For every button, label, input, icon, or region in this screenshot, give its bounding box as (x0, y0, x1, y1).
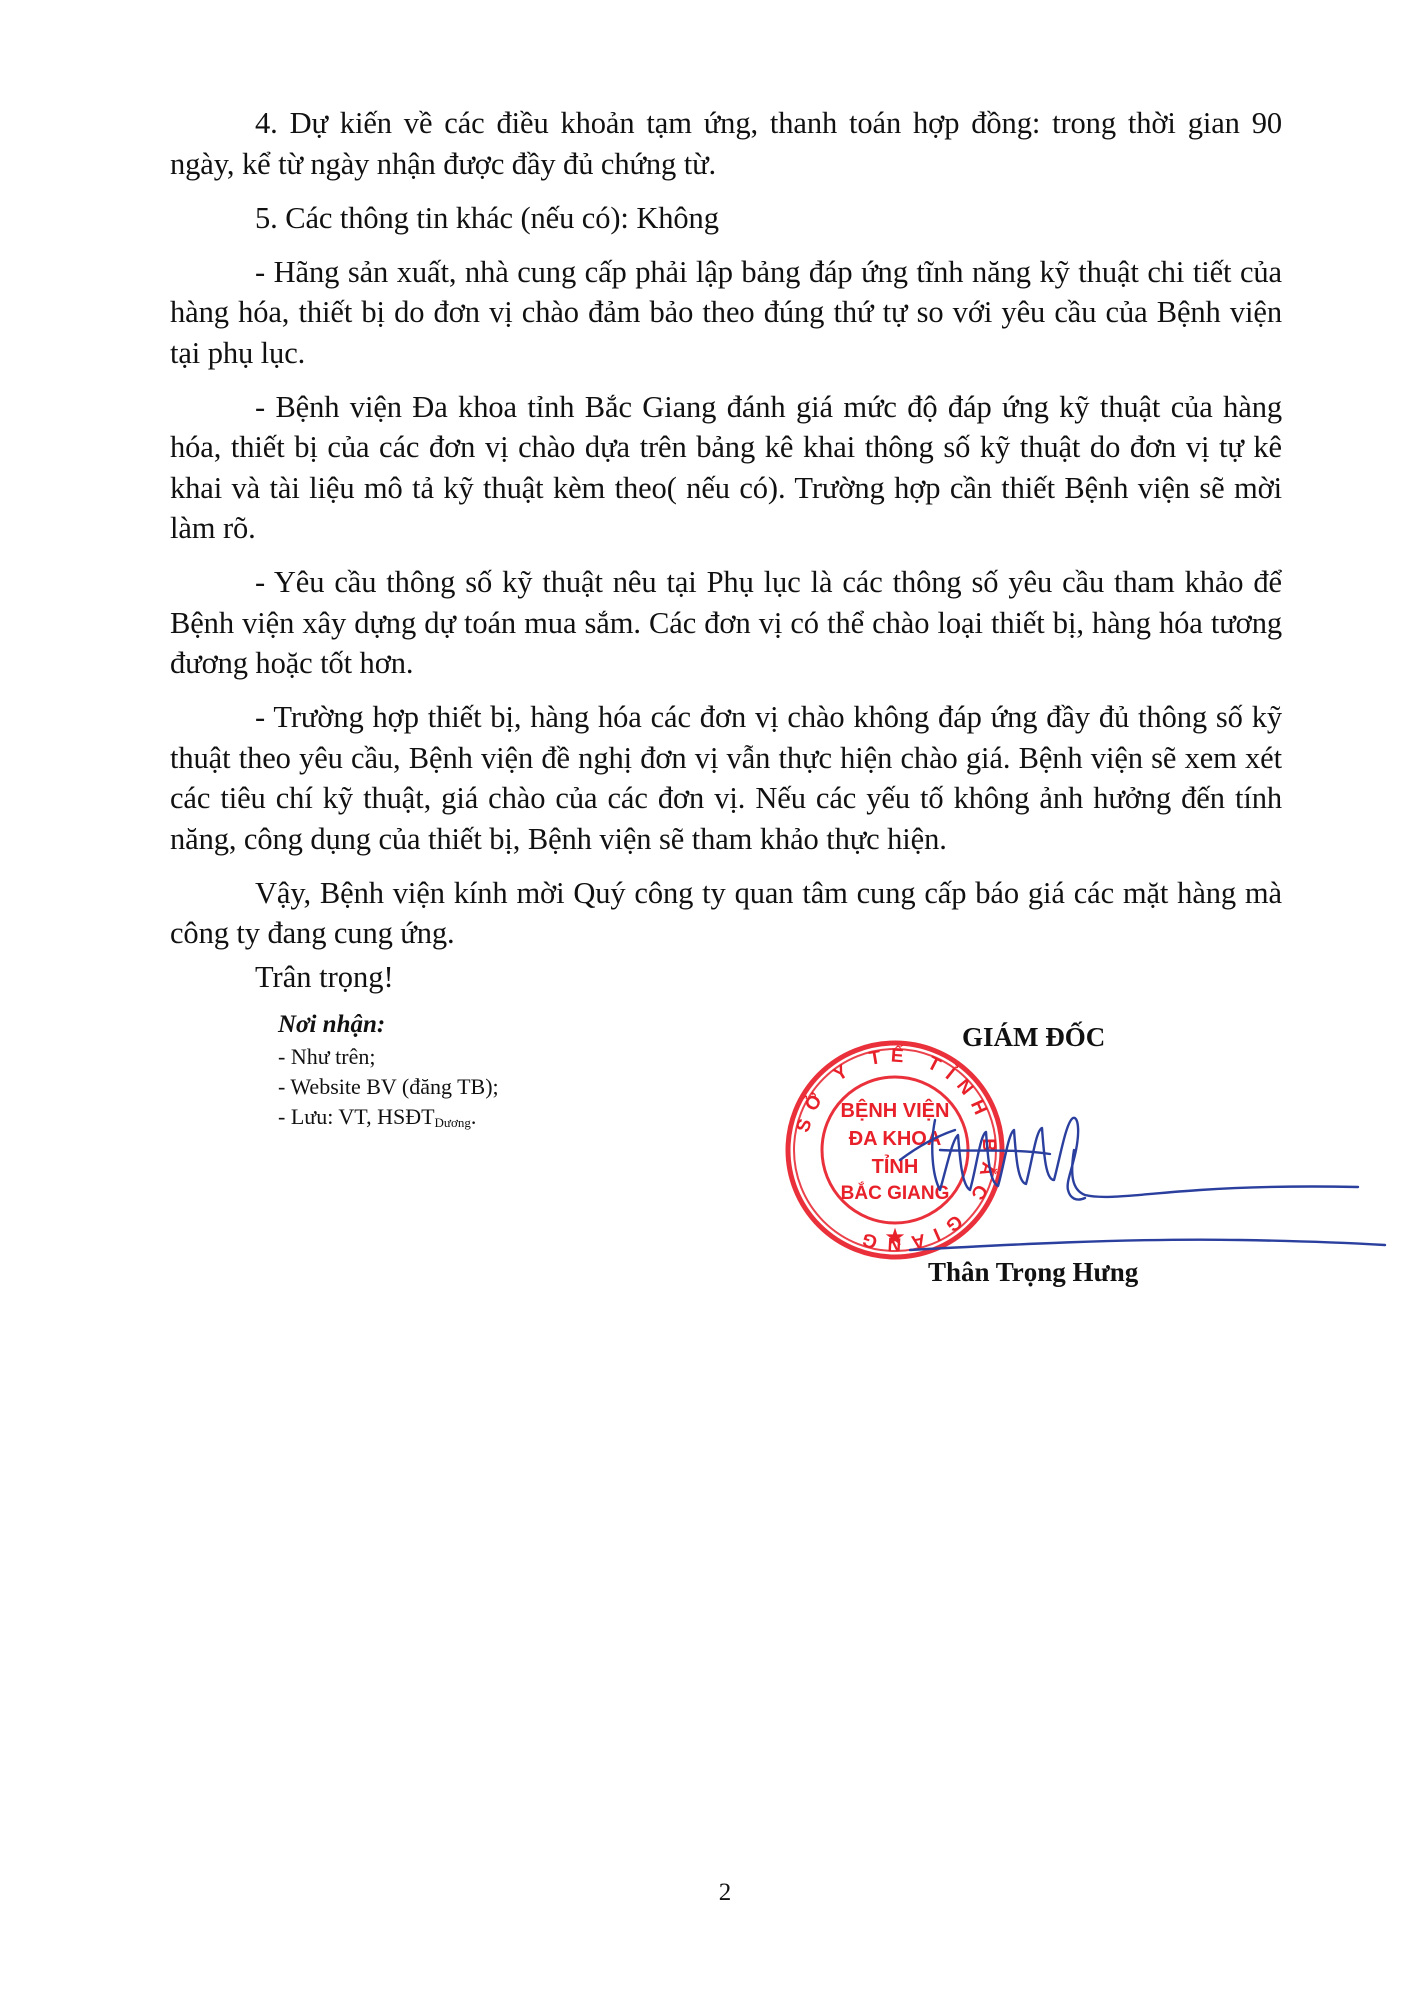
storage-subscript: Dương (435, 1115, 471, 1130)
paragraph-compliance-table: - Hãng sản xuất, nhà cung cấp phải lập b… (170, 252, 1282, 374)
page-number: 2 (700, 1878, 750, 1908)
recipient-item: - Website BV (đăng TB); (278, 1072, 499, 1102)
storage-prefix: - Lưu: VT, HSĐT (278, 1104, 435, 1129)
recipients-title: Nơi nhận: (278, 1008, 499, 1042)
paragraph-reference-specs: - Yêu cầu thông số kỹ thuật nêu tại Phụ … (170, 562, 1282, 684)
recipient-item-storage: - Lưu: VT, HSĐTDương. (278, 1102, 499, 1138)
storage-suffix: . (471, 1104, 477, 1129)
letter-body: 4. Dự kiến về các điều khoản tạm ứng, th… (170, 103, 1282, 967)
handwritten-signature (880, 1090, 1400, 1270)
paragraph-evaluation: - Bệnh viện Đa khoa tỉnh Bắc Giang đánh … (170, 387, 1282, 549)
document-page: 4. Dự kiến về các điều khoản tạm ứng, th… (0, 0, 1414, 2000)
signer-name: Thân Trọng Hưng (928, 1255, 1138, 1289)
paragraph-other-info: 5. Các thông tin khác (nếu có): Không (170, 198, 1282, 239)
closing-greeting: Trân trọng! (255, 957, 394, 997)
paragraph-invitation: Vậy, Bệnh viện kính mời Quý công ty quan… (170, 873, 1282, 954)
paragraph-non-compliance: - Trường hợp thiết bị, hàng hóa các đơn … (170, 697, 1282, 859)
recipient-item: - Như trên; (278, 1042, 499, 1072)
recipients-block: Nơi nhận: - Như trên; - Website BV (đăng… (278, 1008, 499, 1138)
paragraph-payment-terms: 4. Dự kiến về các điều khoản tạm ứng, th… (170, 103, 1282, 184)
